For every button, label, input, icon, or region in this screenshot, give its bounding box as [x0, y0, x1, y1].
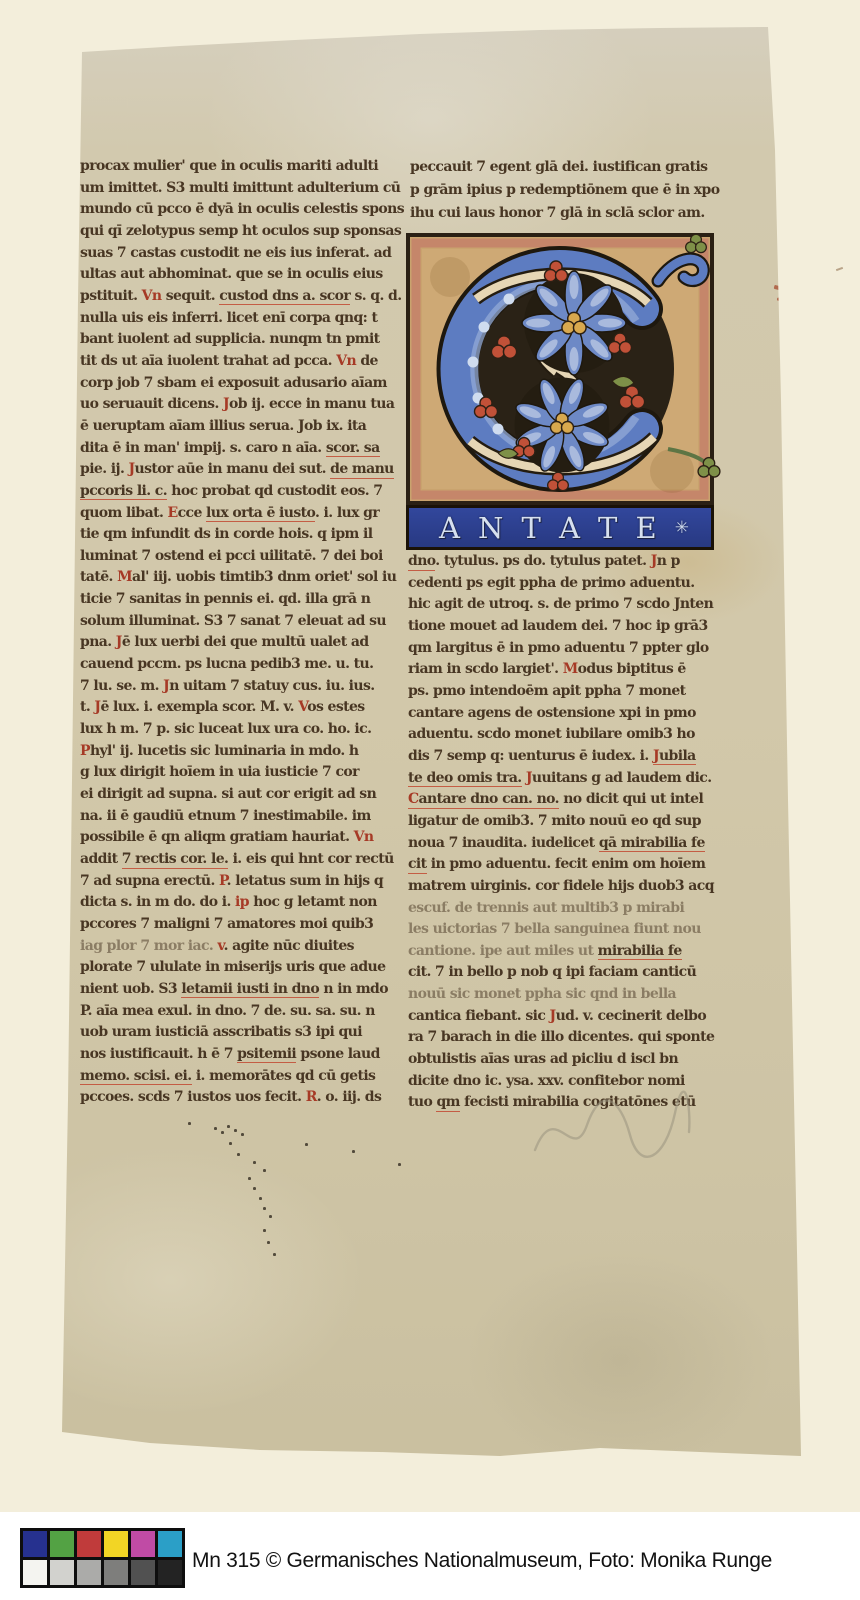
underlined-text: 7 rectis cor. le. — [122, 851, 229, 869]
manuscript-text: in pmo aduentu. fecit enim om hoīem — [427, 856, 706, 872]
manuscript-text: um imittet. S3 multi imittunt adulterium… — [80, 180, 400, 196]
text-line: cit in pmo aduentu. fecit enim om hoīem — [408, 854, 744, 876]
text-line: mundo cū pcco ē dyā in oculis celestis s… — [80, 199, 404, 221]
text-line: tie qm infundit ds in corde hois. q ipm … — [80, 524, 404, 546]
manuscript-text: nient uob. S3 — [80, 981, 181, 997]
manuscript-text: ligatur de omib3. 7 mito nouū eo qd sup — [408, 813, 701, 829]
text-line: ticie 7 sanitas in pennis ei. qd. illa g… — [80, 589, 404, 611]
manuscript-text: suas 7 castas custodit ne eis ius infera… — [80, 245, 391, 261]
underlined-text: scor. sa — [326, 440, 380, 458]
underlined-text: te deo omis tra. — [408, 770, 522, 788]
manuscript-text: . agite nūc diuites — [224, 938, 354, 954]
text-line: Cantare dno can. no. no dicit qui ut int… — [408, 789, 744, 811]
manuscript-text: s. q. d. — [350, 288, 401, 304]
text-line: procax mulier' que in oculis mariti adul… — [80, 156, 404, 178]
ink-speck — [263, 1169, 266, 1172]
text-line: quom libat. Ecce lux orta ē iusto. i. lu… — [80, 503, 404, 525]
text-line: cauend pccm. ps lucna pedib3 me. u. tu. — [80, 654, 404, 676]
text-line: luminat 7 ostend ei pcci uilitatē. 7 dei… — [80, 546, 404, 568]
text-line: nos iustificauit. h ē 7 psitemii psone l… — [80, 1044, 404, 1066]
manuscript-text: possibile ē qn aliqm gratiam hauriat. — [80, 829, 354, 845]
manuscript-text: ps. pmo intendoēm apit ppha 7 monet — [408, 683, 686, 699]
color-patch — [77, 1531, 101, 1557]
text-line: tione mouet ad laudem dei. 7 hoc ip grā3 — [408, 616, 744, 638]
right-text-column-top: peccauit 7 egent glā dei. iustifican gra… — [410, 156, 744, 228]
ink-speck — [248, 1177, 251, 1180]
rubric-text: M — [117, 569, 132, 585]
text-line: cantica fiebant. sic Jud. v. cecinerit d… — [408, 1006, 744, 1028]
text-line: Phyl' ij. lucetis sic luminaria in mdo. … — [80, 741, 404, 763]
text-line: iag plor 7 mor iac. v. agite nūc diuites — [80, 936, 404, 958]
manuscript-text: dita ē in man' impij. s. caro n aīa. — [80, 440, 326, 456]
underlined-text: mirabilia fe — [598, 943, 682, 961]
manuscript-text: qm largitus ē in pmo aduentu 7 ppter glo — [408, 640, 709, 656]
text-line: cantare agens de ostensione xpi in pmo — [408, 703, 744, 725]
ink-speck — [273, 1253, 276, 1256]
text-line: uob uram iusticiā asscribatis s3 ipi qui — [80, 1022, 404, 1044]
text-line: cit. 7 in bello p nob q ipi faciam canti… — [408, 962, 744, 984]
manuscript-text: bant iuolent ad supplicia. nunqm tn pmit — [80, 331, 380, 347]
rubric-text: P — [80, 743, 90, 759]
text-line: memo. scisi. ei. i. memorātes qd cū geti… — [80, 1066, 404, 1088]
text-line: ra 7 barach in die illo dicentes. qui sp… — [408, 1027, 744, 1049]
text-line: ps. pmo intendoēm apit ppha 7 monet — [408, 681, 744, 703]
ink-speck — [221, 1131, 224, 1134]
manuscript-text: tit ds ut aīa iuolent trahat ad pcca. — [80, 353, 336, 369]
text-line: nulla uis eis inferri. licet enī corpa q… — [80, 308, 404, 330]
manuscript-text: . o. iij. ds — [317, 1089, 382, 1105]
text-line: dis 7 semp q: uenturus ē iudex. i. Jubil… — [408, 746, 744, 768]
manuscript-text: les uictorias 7 bella sanguinea fiunt no… — [408, 921, 701, 937]
manuscript-text: cit. 7 in bello p nob q ipi faciam canti… — [408, 964, 696, 980]
left-text-column: procax mulier' que in oculis mariti adul… — [80, 156, 404, 1114]
rosette-ornament: ✳ — [675, 518, 689, 538]
manuscript-text: nouū sic monet ppha sic qnd in bella — [408, 986, 676, 1002]
color-patch — [131, 1560, 155, 1586]
ink-speck — [259, 1197, 262, 1200]
text-line: escuf. de trennis aut multib3 p mirabi — [408, 898, 744, 920]
ink-speck — [253, 1161, 256, 1164]
manuscript-text: . tytulus. ps do. tytulus patet. — [435, 553, 650, 569]
manuscript-text: os estes — [307, 699, 364, 715]
manuscript-text: uo seruauit dicens. — [80, 396, 223, 412]
manuscript-text: corp job 7 sbam ei exposuit adusario aīa… — [80, 375, 387, 391]
rubric-text: Vn — [336, 353, 356, 369]
illuminated-initial-C: ANTATE✳ — [406, 233, 714, 550]
text-line: lux h m. 7 p. sic luceat lux ura co. ho.… — [80, 719, 404, 741]
photo-caption: Mn 315 © Germanisches Nationalmuseum, Fo… — [192, 1549, 772, 1573]
text-line: p grām ipius p redemptiōnem que ē in xpo — [410, 179, 744, 202]
color-patch — [23, 1560, 47, 1586]
text-line: dno. tytulus. ps do. tytulus patet. Jn p — [408, 551, 744, 573]
manuscript-text: i. eis qui hnt cor rectū — [228, 851, 393, 867]
text-line: P. aīa mea exul. in dno. 7 de. su. sa. s… — [80, 1001, 404, 1023]
underlined-text: psitemii — [237, 1046, 296, 1064]
manuscript-text: tuo — [408, 1094, 436, 1110]
text-line: 7 lu. se. m. Jn uitam 7 statuy cus. iu. … — [80, 676, 404, 698]
manuscript-text: solum illuminat. S3 7 sanat 7 eleuat ad … — [80, 613, 386, 629]
manuscript-text: tione mouet ad laudem dei. 7 hoc ip grā3 — [408, 618, 708, 634]
ink-speck — [214, 1127, 217, 1130]
text-line: peccauit 7 egent glā dei. iustifican gra… — [410, 156, 744, 179]
red-edge-mark — [774, 285, 785, 291]
band-letter: A — [439, 511, 460, 545]
manuscript-text: nulla uis eis inferri. licet enī corpa q… — [80, 310, 377, 326]
manuscript-text: cauend pccm. ps lucna pedib3 me. u. tu. — [80, 656, 373, 672]
manuscript-text: lux h m. 7 p. sic luceat lux ura co. ho.… — [80, 721, 371, 737]
underlined-text: memo. scisi. ei. — [80, 1068, 192, 1086]
text-line: g lux dirigit hoīem in uia iusticie 7 co… — [80, 762, 404, 784]
right-text-column: dno. tytulus. ps do. tytulus patet. Jn p… — [408, 551, 744, 1117]
manuscript-text: ihu cui laus honor 7 glā in sclā sclor a… — [410, 205, 705, 221]
text-line: corp job 7 sbam ei exposuit adusario aīa… — [80, 373, 404, 395]
underlined-text: qm — [436, 1094, 459, 1112]
ink-speck — [234, 1129, 237, 1132]
footer-strip: Mn 315 © Germanisches Nationalmuseum, Fo… — [0, 1512, 860, 1600]
manuscript-text: cantare agens de ostensione xpi in pmo — [408, 705, 696, 721]
margin-mark — [836, 267, 843, 271]
underlined-text: letamii iusti in dno — [181, 981, 319, 999]
manuscript-text: pna. — [80, 634, 116, 650]
manuscript-text: n in mdo — [319, 981, 388, 997]
text-line: les uictorias 7 bella sanguinea fiunt no… — [408, 919, 744, 941]
manuscript-text: cantica fiebant. sic — [408, 1008, 550, 1024]
text-line: qui qī zelotypus semp ht oculos sup spon… — [80, 221, 404, 243]
text-line: bant iuolent ad supplicia. nunqm tn pmit — [80, 329, 404, 351]
underlined-text: ubila — [659, 748, 696, 766]
underlined-text: dno — [408, 553, 435, 571]
text-line: addit 7 rectis cor. le. i. eis qui hnt c… — [80, 849, 404, 871]
text-line: ē ueruptam aīam illius serua. Job ix. it… — [80, 416, 404, 438]
color-patch — [131, 1531, 155, 1557]
color-calibration-bar — [20, 1528, 185, 1588]
manuscript-text: ei dirigit ad supna. si aut cor erigit a… — [80, 786, 376, 802]
text-line: obtulistis aīas uras ad picliu d iscl bn — [408, 1049, 744, 1071]
underlined-text: pccoris li. c. — [80, 483, 167, 501]
underlined-text: custod dns a. scor — [219, 288, 350, 306]
rubric-text: R — [306, 1089, 317, 1105]
manuscript-text: hoc g letamt non — [249, 894, 377, 910]
manuscript-text: . letatus sum in hijs q — [227, 873, 383, 889]
color-patch — [104, 1560, 128, 1586]
underlined-text: cit — [408, 856, 427, 874]
color-patch — [77, 1560, 101, 1586]
manuscript-text: P. aīa mea exul. in dno. 7 de. su. sa. s… — [80, 1003, 375, 1019]
page: procax mulier' que in oculis mariti adul… — [0, 0, 860, 1600]
manuscript-text: ra 7 barach in die illo dicentes. qui sp… — [408, 1029, 714, 1045]
ink-speck — [229, 1142, 232, 1145]
ink-speck — [398, 1163, 401, 1166]
manuscript-text: aduentu. scdo monet iubilare omib3 ho — [408, 726, 695, 742]
band-letter: A — [559, 511, 580, 545]
manuscript-text: pie. ij. — [80, 461, 129, 477]
rubric-text: V — [298, 699, 307, 715]
ink-speck — [227, 1125, 230, 1128]
text-line: ihu cui laus honor 7 glā in sclā sclor a… — [410, 202, 744, 225]
ink-speck — [267, 1241, 270, 1244]
text-line: dicta s. in m do. do i. ip hoc g letamt … — [80, 892, 404, 914]
manuscript-text: quom libat. — [80, 505, 168, 521]
cantate-band: ANTATE✳ — [406, 505, 714, 550]
rubric-text: M — [563, 661, 578, 677]
text-line: tit ds ut aīa iuolent trahat ad pcca. Vn… — [80, 351, 404, 373]
underlined-text: de manu — [330, 461, 394, 479]
color-patch — [158, 1560, 182, 1586]
text-line: noua 7 inaudita. iudelicet qā mirabilia … — [408, 833, 744, 855]
text-line: uo seruauit dicens. Job ij. ecce in manu… — [80, 394, 404, 416]
text-line: dita ē in man' impij. s. caro n aīa. sco… — [80, 438, 404, 460]
text-line: pccores 7 maligni 7 amatores moi quib3 — [80, 914, 404, 936]
manuscript-text: cedenti ps egit ppha de primo aduentu. — [408, 575, 695, 591]
photograph-background: procax mulier' que in oculis mariti adul… — [0, 0, 860, 1512]
manuscript-text: plorate 7 ululate in miserijs uris que a… — [80, 959, 385, 975]
text-line: pccoris li. c. hoc probat qd custodit eo… — [80, 481, 404, 503]
pencil-inscription — [525, 1080, 695, 1175]
text-line: um imittet. S3 multi imittunt adulterium… — [80, 178, 404, 200]
manuscript-text: n uitam 7 statuy cus. iu. ius. — [169, 678, 374, 694]
manuscript-text: uuitans g ad laudem dic. — [532, 770, 712, 786]
manuscript-text: addit — [80, 851, 122, 867]
manuscript-text: hoc probat qd custodit eos. 7 — [167, 483, 382, 499]
text-line: pstituit. Vn sequit. custod dns a. scor … — [80, 286, 404, 308]
manuscript-text: riam in scdo largiet'. — [408, 661, 563, 677]
text-line: pie. ij. Justor aūe in manu dei sut. de … — [80, 459, 404, 481]
rubric-text: C — [408, 791, 419, 809]
manuscript-text: luminat 7 ostend ei pcci uilitatē. 7 dei… — [80, 548, 383, 564]
manuscript-text: cce — [178, 505, 206, 521]
manuscript-text: sequit. — [161, 288, 219, 304]
manuscript-text: iag plor 7 mor iac. — [80, 938, 217, 954]
band-letter: N — [478, 511, 503, 545]
band-letter: E — [635, 511, 656, 545]
color-patch — [158, 1531, 182, 1557]
manuscript-text: obtulistis aīas uras ad picliu d iscl bn — [408, 1051, 678, 1067]
text-line: suas 7 castas custodit ne eis ius infera… — [80, 243, 404, 265]
manuscript-text: hyl' ij. lucetis sic luminaria in mdo. h — [90, 743, 359, 759]
ink-speck — [188, 1122, 191, 1125]
manuscript-text: i. memorātes qd cū getis — [192, 1068, 376, 1084]
manuscript-text: procax mulier' que in oculis mariti adul… — [80, 158, 378, 174]
manuscript-text: noua 7 inaudita. iudelicet — [408, 835, 599, 851]
red-edge-mark — [777, 298, 784, 302]
manuscript-text: t. — [80, 699, 94, 715]
rubric-text: ip — [235, 894, 249, 910]
manuscript-text: tatē. — [80, 569, 117, 585]
text-line: cedenti ps egit ppha de primo aduentu. — [408, 573, 744, 595]
rubric-text: Vn — [142, 288, 162, 304]
text-line: aduentu. scdo monet iubilare omib3 ho — [408, 724, 744, 746]
manuscript-text: qui qī zelotypus semp ht oculos sup spon… — [80, 223, 401, 239]
palmette-medallion-top — [522, 271, 626, 375]
ink-speck — [263, 1229, 266, 1232]
rubric-text: Vn — [354, 829, 374, 845]
manuscript-text: nos iustificauit. h ē 7 — [80, 1046, 237, 1062]
manuscript-text: pccores 7 maligni 7 amatores moi quib3 — [80, 916, 373, 932]
manuscript-text: ultas aut abhominat. que se in oculis ei… — [80, 266, 383, 282]
text-line: nouū sic monet ppha sic qnd in bella — [408, 984, 744, 1006]
manuscript-text: escuf. de trennis aut multib3 p mirabi — [408, 900, 684, 916]
manuscript-text: 7 ad supna erectū. — [80, 873, 219, 889]
manuscript-text: pccoes. scds 7 iustos uos fecit. — [80, 1089, 306, 1105]
rubric-text: E — [168, 505, 178, 521]
text-line: ultas aut abhominat. que se in oculis ei… — [80, 264, 404, 286]
text-line: matrem uirginis. cor fidele hijs duob3 a… — [408, 876, 744, 898]
text-line: ei dirigit ad supna. si aut cor erigit a… — [80, 784, 404, 806]
ink-speck — [269, 1215, 272, 1218]
text-line: possibile ē qn aliqm gratiam hauriat. Vn — [80, 827, 404, 849]
manuscript-text: cantione. ipe aut miles ut — [408, 943, 598, 959]
manuscript-text: al' iij. uobis timtib3 dnm oriet' sol iu — [132, 569, 396, 585]
manuscript-text: ustor aūe in manu dei sut. — [135, 461, 331, 477]
text-line: na. ii ē gaudiū etnum 7 inestimabile. im — [80, 806, 404, 828]
manuscript-text: odus biptitus ē — [578, 661, 686, 677]
manuscript-text: psone laud — [296, 1046, 380, 1062]
underlined-text: antare dno can. no. — [419, 791, 559, 809]
underlined-text: lux orta ē iusto — [206, 505, 315, 523]
text-line: cantione. ipe aut miles ut mirabilia fe — [408, 941, 744, 963]
manuscript-text: 7 lu. se. m. — [80, 678, 163, 694]
color-patch — [104, 1531, 128, 1557]
band-letter: T — [522, 511, 541, 545]
band-letter: T — [598, 511, 617, 545]
text-line: pna. Jē lux uerbi dei que multū ualet ad — [80, 632, 404, 654]
underlined-text: qā mirabilia fe — [599, 835, 705, 853]
ink-speck — [241, 1133, 244, 1136]
manuscript-leaf: procax mulier' que in oculis mariti adul… — [0, 0, 860, 1512]
text-line: solum illuminat. S3 7 sanat 7 eleuat ad … — [80, 611, 404, 633]
text-line: nient uob. S3 letamii iusti in dno n in … — [80, 979, 404, 1001]
manuscript-text: g lux dirigit hoīem in uia iusticie 7 co… — [80, 764, 359, 780]
manuscript-text: p grām ipius p redemptiōnem que ē in xpo — [410, 182, 719, 198]
manuscript-text: no dicit qui ut intel — [559, 791, 703, 807]
text-line: ligatur de omib3. 7 mito nouū eo qd sup — [408, 811, 744, 833]
manuscript-text: . i. lux gr — [315, 505, 379, 521]
manuscript-text: matrem uirginis. cor fidele hijs duob3 a… — [408, 878, 714, 894]
ink-speck — [305, 1143, 308, 1146]
manuscript-text: pstituit. — [80, 288, 142, 304]
manuscript-text: tie qm infundit ds in corde hois. q ipm … — [80, 526, 372, 542]
color-patch — [50, 1560, 74, 1586]
manuscript-text: na. ii ē gaudiū etnum 7 inestimabile. im — [80, 808, 371, 824]
text-line: te deo omis tra. Juuitans g ad laudem di… — [408, 768, 744, 790]
text-line: pccoes. scds 7 iustos uos fecit. R. o. i… — [80, 1087, 404, 1109]
initial-artwork — [406, 233, 714, 505]
manuscript-text: ticie 7 sanitas in pennis ei. qd. illa g… — [80, 591, 370, 607]
manuscript-text: hic agit de utroq. s. de primo 7 scdo Jn… — [408, 596, 713, 612]
color-patch — [23, 1531, 47, 1557]
manuscript-text: dicta s. in m do. do i. — [80, 894, 235, 910]
ink-speck — [253, 1187, 256, 1190]
manuscript-text: ē ueruptam aīam illius serua. Job ix. it… — [80, 418, 366, 434]
rubric-text: P — [219, 873, 227, 889]
color-patch — [50, 1531, 74, 1557]
text-line: qm largitus ē in pmo aduentu 7 ppter glo — [408, 638, 744, 660]
manuscript-text: peccauit 7 egent glā dei. iustifican gra… — [410, 159, 707, 175]
manuscript-text: n p — [657, 553, 680, 569]
text-line: hic agit de utroq. s. de primo 7 scdo Jn… — [408, 594, 744, 616]
manuscript-text: mundo cū pcco ē dyā in oculis celestis s… — [80, 201, 404, 217]
manuscript-text: ob ij. ecce in manu tua — [229, 396, 394, 412]
manuscript-text: dis 7 semp q: uenturus ē iudex. i. — [408, 748, 653, 764]
manuscript-text: ē lux uerbi dei que multū ualet ad — [122, 634, 369, 650]
text-line: riam in scdo largiet'. Modus biptitus ē — [408, 659, 744, 681]
manuscript-text: ud. v. cecinerit delbo — [556, 1008, 707, 1024]
manuscript-text: ē lux. i. exempla scor. M. v. — [100, 699, 298, 715]
ink-speck — [263, 1207, 266, 1210]
manuscript-text: de — [356, 353, 378, 369]
text-line: t. Jē lux. i. exempla scor. M. v. Vos es… — [80, 697, 404, 719]
ink-speck — [352, 1150, 355, 1153]
text-line: 7 ad supna erectū. P. letatus sum in hij… — [80, 871, 404, 893]
text-line: plorate 7 ululate in miserijs uris que a… — [80, 957, 404, 979]
ink-speck — [237, 1153, 240, 1156]
manuscript-text: uob uram iusticiā asscribatis s3 ipi qui — [80, 1024, 362, 1040]
text-line: tatē. Mal' iij. uobis timtib3 dnm oriet'… — [80, 567, 404, 589]
